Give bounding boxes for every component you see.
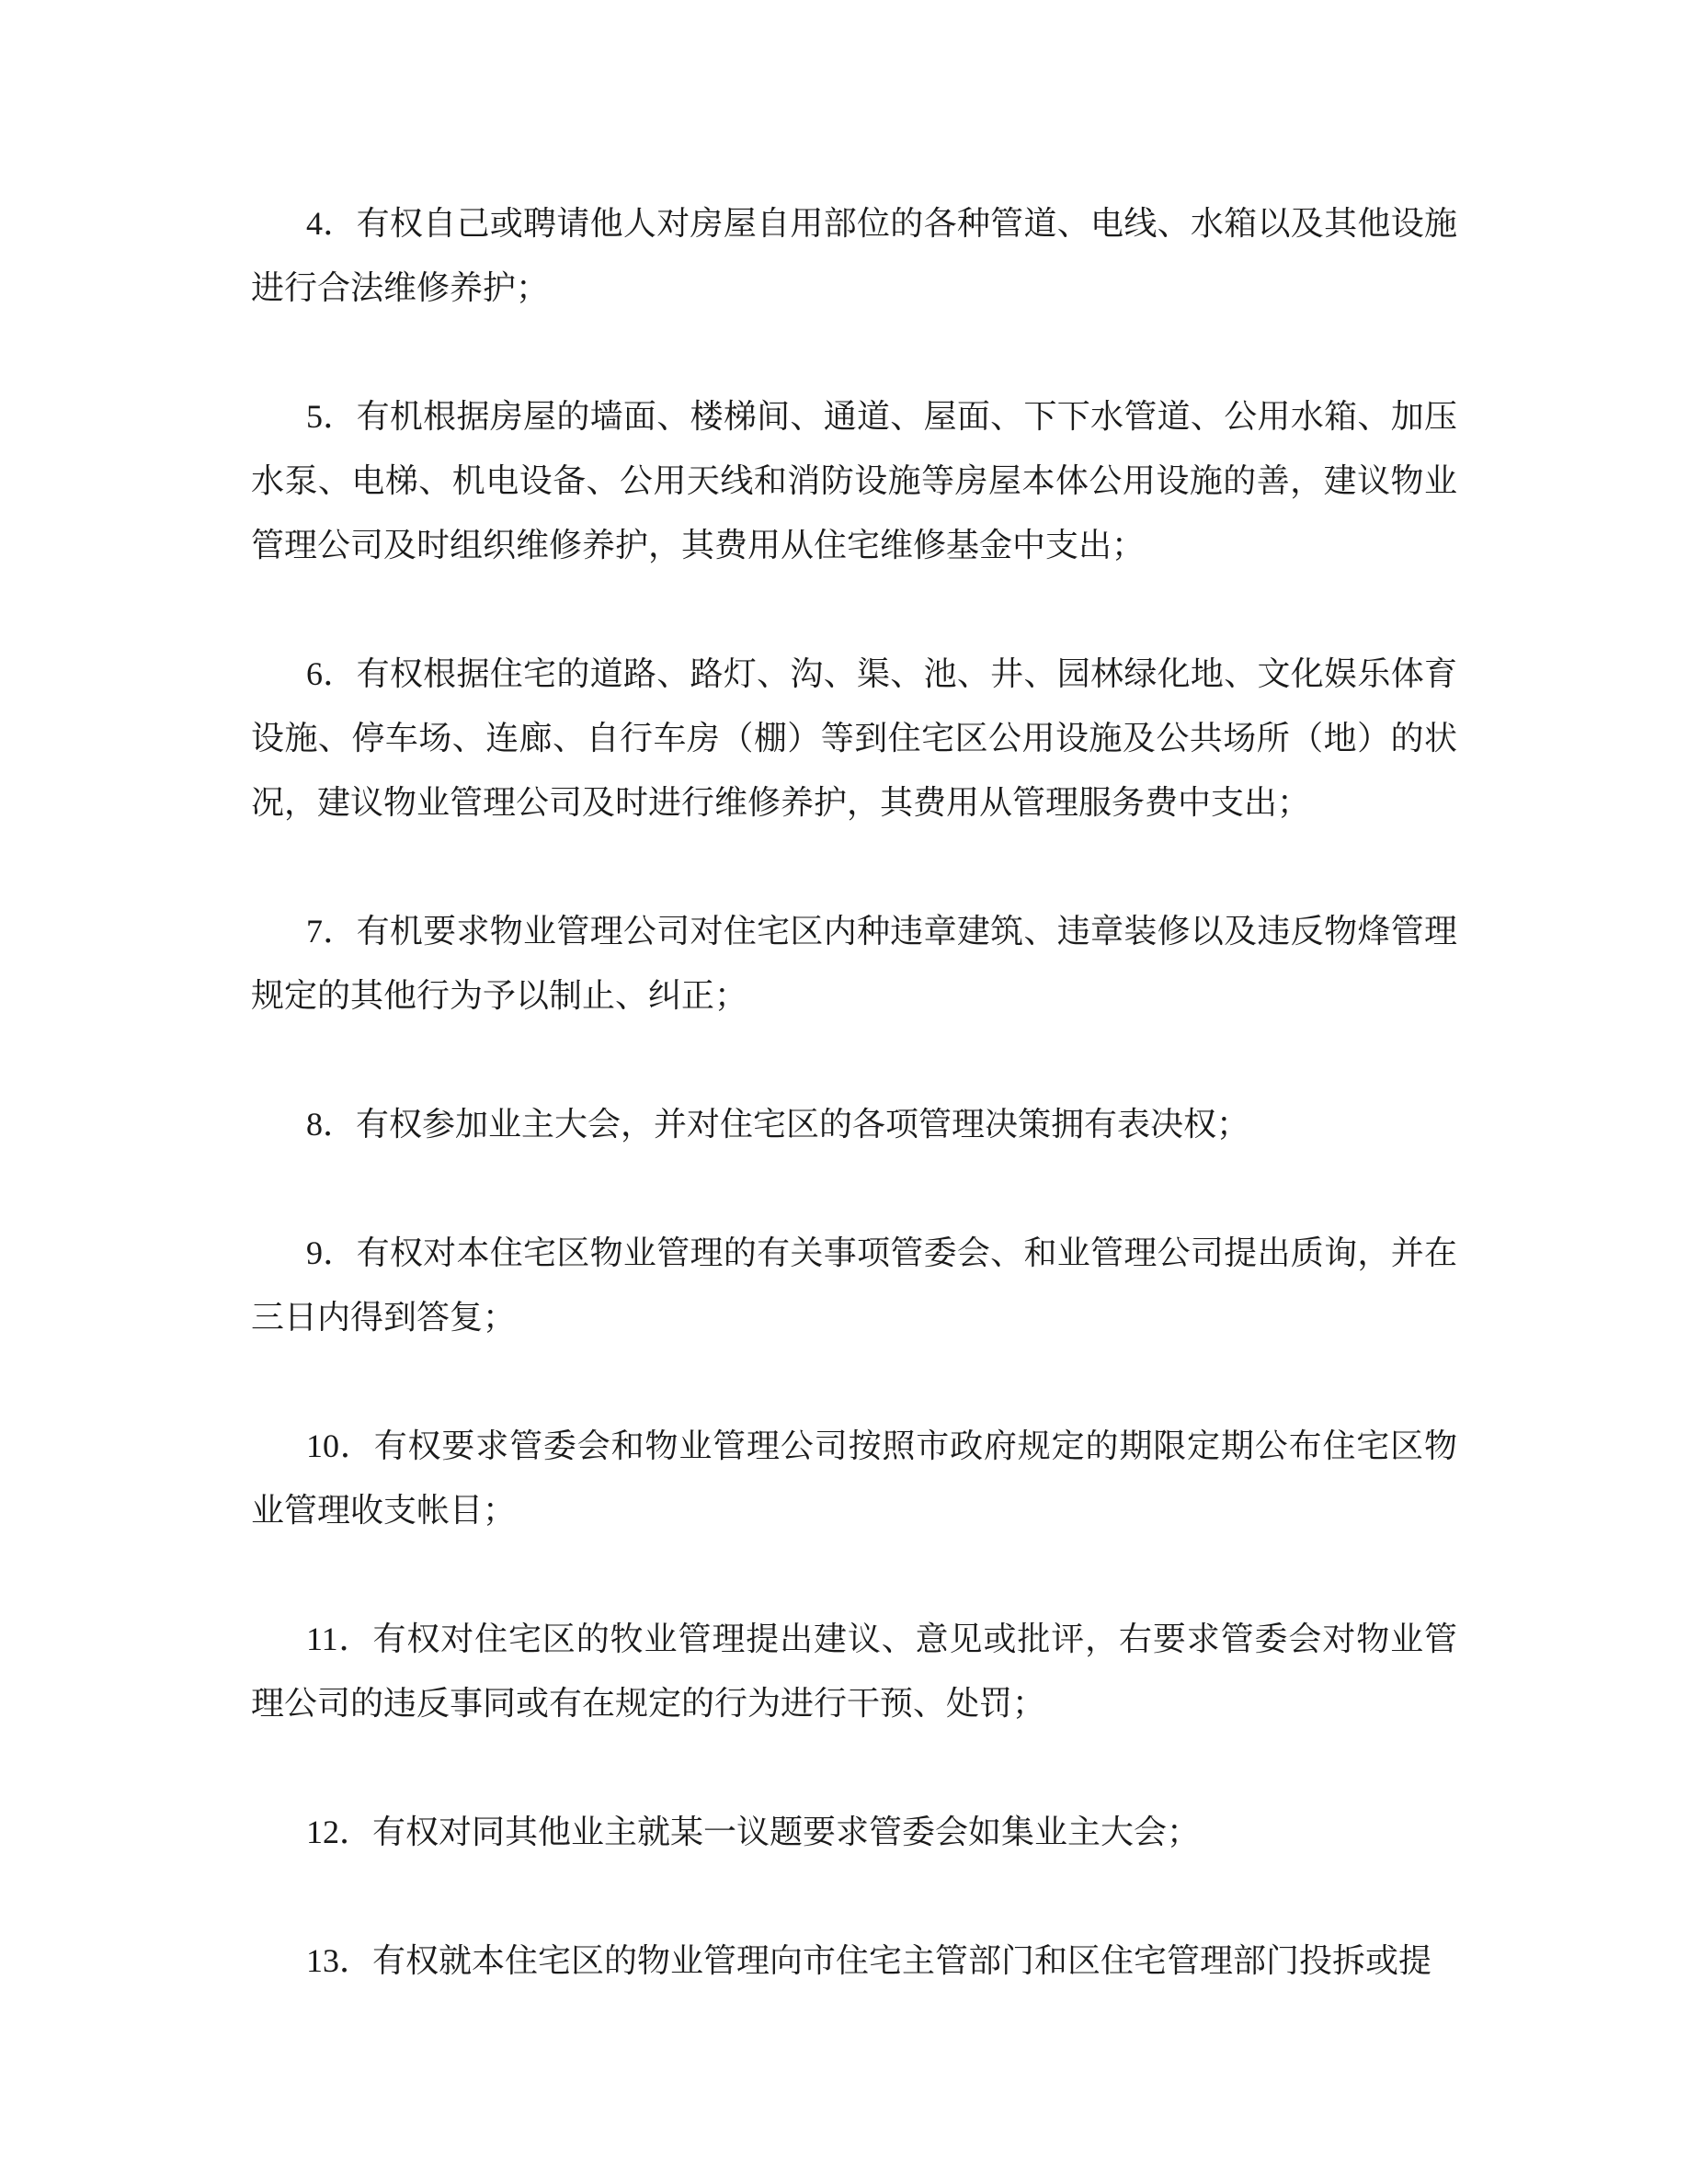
paragraph-item-12: 12．有权对同其他业主就某一议题要求管委会如集业主大会； bbox=[251, 1800, 1457, 1864]
paragraph-item-13: 13．有权就本住宅区的物业管理向市住宅主管部门和区住宅管理部门投拆或提 bbox=[251, 1928, 1457, 1993]
paragraph-item-7: 7．有机要求物业管理公司对住宅区内种违章建筑、违章装修以及违反物烽管理规定的其他… bbox=[251, 899, 1457, 1028]
paragraph-item-10: 10．有权要求管委会和物业管理公司按照市政府规定的期限定期公布住宅区物业管理收支… bbox=[251, 1414, 1457, 1542]
paragraph-item-4: 4．有权自己或聘请他人对房屋自用部位的各种管道、电线、水箱以及其他设施进行合法维… bbox=[251, 191, 1457, 320]
paragraph-item-8: 8．有权参加业主大会，并对住宅区的各项管理决策拥有表决权； bbox=[251, 1092, 1457, 1156]
paragraph-item-5: 5．有机根据房屋的墙面、楼梯间、通道、屋面、下下水管道、公用水箱、加压水泵、电梯… bbox=[251, 384, 1457, 577]
paragraph-item-9: 9．有权对本住宅区物业管理的有关事项管委会、和业管理公司提出质询，并在三日内得到… bbox=[251, 1221, 1457, 1349]
document-page: 4．有权自己或聘请他人对房屋自用部位的各种管道、电线、水箱以及其他设施进行合法维… bbox=[0, 0, 1688, 2184]
paragraph-item-6: 6．有权根据住宅的道路、路灯、沟、渠、池、井、园林绿化地、文化娱乐体育设施、停车… bbox=[251, 642, 1457, 835]
paragraph-item-11: 11．有权对住宅区的牧业管理提出建议、意见或批评，右要求管委会对物业管理公司的违… bbox=[251, 1607, 1457, 1735]
